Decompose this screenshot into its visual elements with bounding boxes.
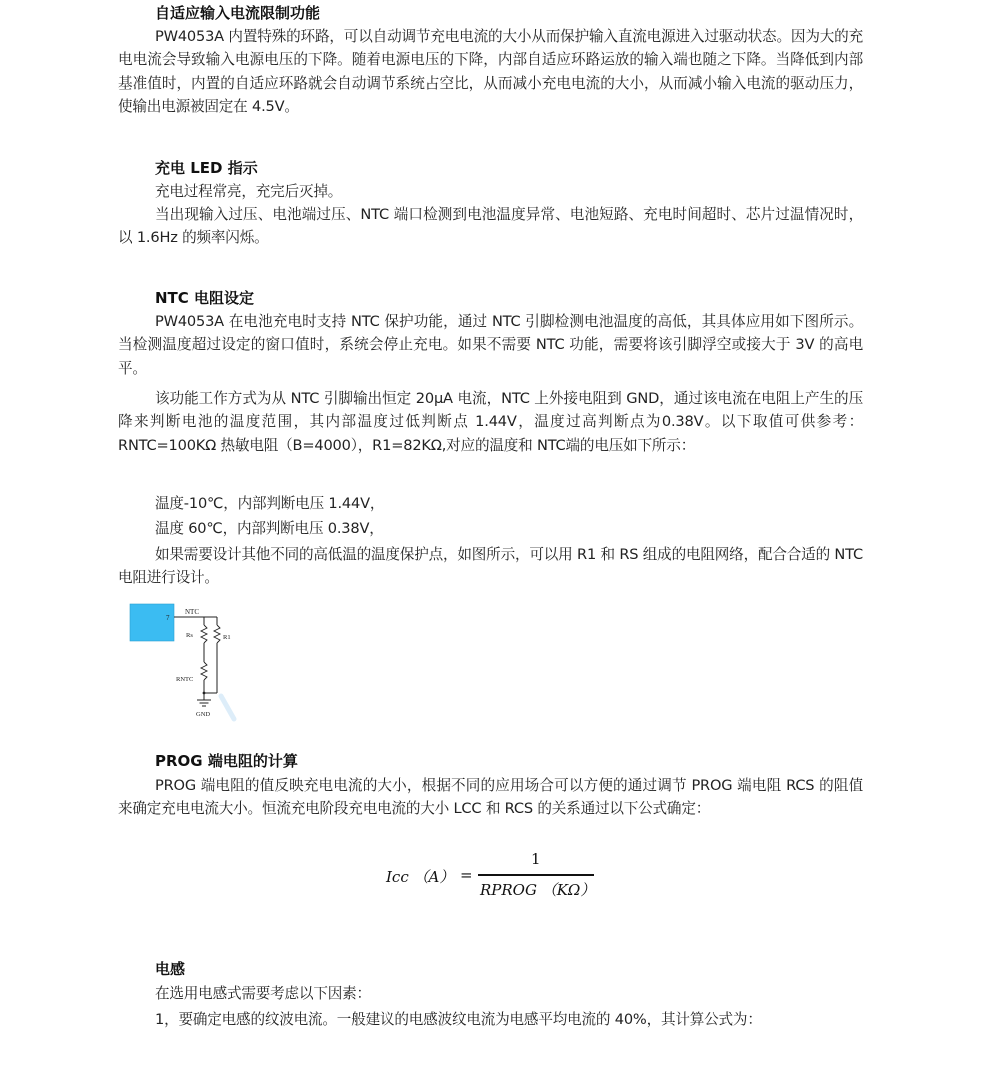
fraction-bar: [478, 874, 594, 876]
resistor-rntc-icon: [201, 662, 207, 680]
chip-block: [130, 604, 174, 641]
formula-lhs: Icc （A）: [386, 866, 454, 887]
ground-icon: [197, 700, 211, 706]
heading-inductor: 电感: [155, 958, 185, 979]
paragraph-ntc-high-temp: 温度 60℃，内部判断电压 0.38V，: [118, 517, 863, 540]
ntc-schematic-diagram: 7 NTC Rs RNTC R1 GND: [128, 601, 243, 723]
formula-numerator: 1: [531, 850, 541, 868]
paragraph-led-fault: 当出现输入过压、电池端过压、NTC 端口检测到电池温度异常、电池短路、充电时间超…: [118, 203, 863, 250]
heading-prog-resistor: PROG 端电阻的计算: [155, 750, 298, 771]
heading-charge-led: 充电 LED 指示: [155, 157, 258, 178]
paragraph-ntc-operation: 该功能工作方式为从 NTC 引脚输出恒定 20μA 电流，NTC 上外接电阻到 …: [118, 387, 863, 457]
paragraph-ntc-low-temp: 温度-10℃，内部判断电压 1.44V，: [118, 492, 863, 515]
formula-equals: =: [460, 866, 473, 884]
heading-adaptive-input-current-limit: 自适应输入电流限制功能: [155, 2, 320, 23]
resistor-rs-icon: [201, 625, 207, 643]
resistor-r1-icon: [214, 625, 220, 643]
paragraph-inductor-ripple: 1，要确定电感的纹波电流。一般建议的电感波纹电流为电感平均电流的 40%，其计算…: [155, 1008, 863, 1031]
label-rs: Rs: [186, 632, 193, 639]
paragraph-inductor-factors: 在选用电感式需要考虑以下因素：: [155, 982, 863, 1005]
pin-number: 7: [166, 614, 170, 622]
paragraph-ntc-intro: PW4053A 在电池充电时支持 NTC 保护功能，通过 NTC 引脚检测电池温…: [118, 310, 863, 380]
paragraph-ntc-custom: 如果需要设计其他不同的高低温的温度保护点，如图所示，可以用 R1 和 RS 组成…: [118, 543, 863, 590]
label-rntc: RNTC: [176, 676, 193, 683]
watermark-mark: [221, 696, 234, 719]
label-gnd: GND: [196, 711, 210, 718]
paragraph-prog-resistor: PROG 端电阻的值反映充电电流的大小，根据不同的应用场合可以方便的通过调节 P…: [118, 774, 863, 821]
paragraph-led-normal: 充电过程常亮，充完后灭掉。: [118, 180, 863, 203]
net-label-ntc: NTC: [185, 608, 199, 616]
paragraph-adaptive-input-current: PW4053A 内置特殊的环路，可以自动调节充电电流的大小从而保护输入直流电源进…: [118, 25, 863, 118]
heading-ntc-resistor: NTC 电阻设定: [155, 287, 254, 308]
formula-denominator: RPROG （KΩ）: [480, 879, 595, 900]
label-r1: R1: [223, 634, 231, 641]
